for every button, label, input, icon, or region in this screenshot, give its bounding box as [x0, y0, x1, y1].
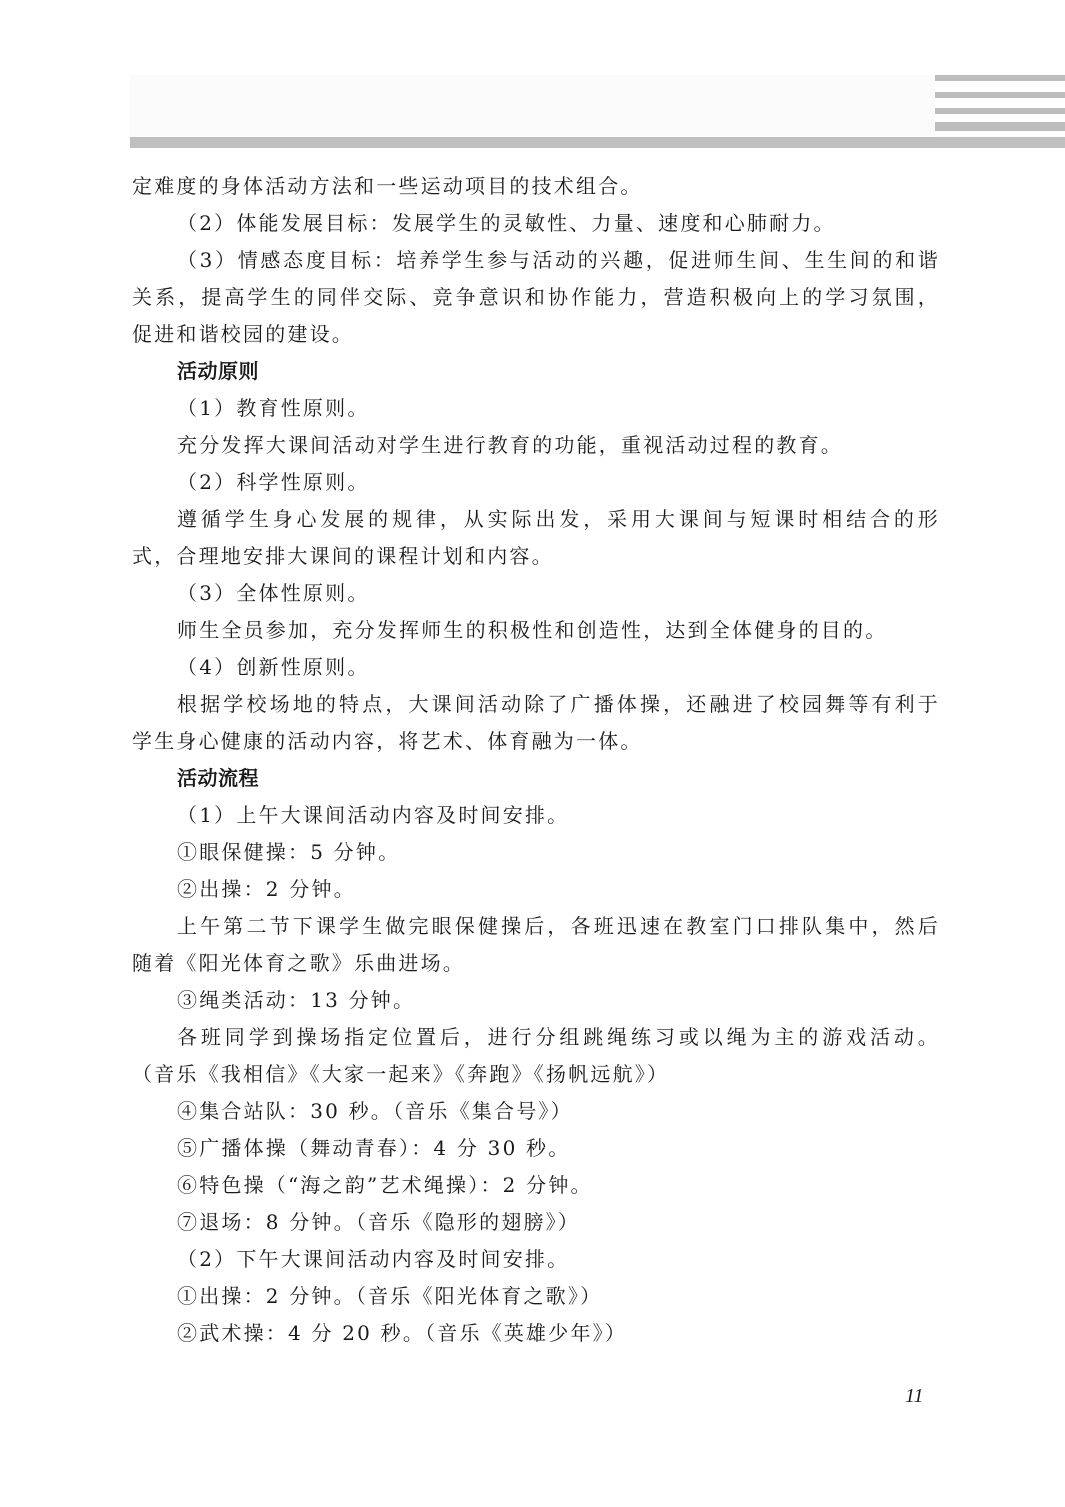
text-line: ④集合站队：30 秒。（音乐《集合号》）: [132, 1093, 940, 1130]
page-number: 11: [905, 1385, 924, 1408]
header-stripe: [935, 75, 1065, 81]
text-line: ⑤广播体操（舞动青春）：4 分 30 秒。: [132, 1130, 940, 1167]
text-line: ⑦退场：8 分钟。（音乐《隐形的翅膀》）: [132, 1204, 940, 1241]
text-line: （4）创新性原则。: [132, 649, 940, 686]
text-line: ⑥特色操（“海之韵”艺术绳操）：2 分钟。: [132, 1167, 940, 1204]
header-stripe: [935, 92, 1065, 98]
header-stripe: [935, 122, 1065, 131]
text-line: 遵循学生身心发展的规律，从实际出发，采用大课间与短课时相结合的形: [132, 501, 940, 538]
text-line: ③绳类活动：13 分钟。: [132, 982, 940, 1019]
text-line: 上午第二节下课学生做完眼保健操后，各班迅速在教室门口排队集中，然后: [132, 908, 940, 945]
text-line: ①出操：2 分钟。（音乐《阳光体育之歌》）: [132, 1278, 940, 1315]
text-line: 定难度的身体活动方法和一些运动项目的技术组合。: [132, 168, 940, 205]
text-line: （2）科学性原则。: [132, 464, 940, 501]
text-line: （1）教育性原则。: [132, 390, 940, 427]
header-bar: [130, 137, 1065, 148]
section-heading: 活动流程: [132, 760, 940, 797]
text-line: （3）情感态度目标：培养学生参与活动的兴趣，促进师生间、生生间的和谐: [132, 242, 940, 279]
text-line: （3）全体性原则。: [132, 575, 940, 612]
text-line: 根据学校场地的特点，大课间活动除了广播体操，还融进了校园舞等有利于: [132, 686, 940, 723]
text-line: （2）体能发展目标：发展学生的灵敏性、力量、速度和心肺耐力。: [132, 205, 940, 242]
text-line: 充分发挥大课间活动对学生进行教育的功能，重视活动过程的教育。: [132, 427, 940, 464]
text-line: （2）下午大课间活动内容及时间安排。: [132, 1241, 940, 1278]
text-line: 关系，提高学生的同伴交际、竞争意识和协作能力，营造积极向上的学习氛围，: [132, 279, 940, 316]
header-band: [130, 75, 935, 137]
text-line: 学生身心健康的活动内容，将艺术、体育融为一体。: [132, 723, 940, 760]
text-line: ②出操：2 分钟。: [132, 871, 940, 908]
section-heading: 活动原则: [132, 353, 940, 390]
text-line: （音乐《我相信》《大家一起来》《奔跑》《扬帆远航》）: [132, 1056, 940, 1093]
text-line: 式，合理地安排大课间的课程计划和内容。: [132, 538, 940, 575]
text-line: 随着《阳光体育之歌》乐曲进场。: [132, 945, 940, 982]
text-line: ②武术操：4 分 20 秒。（音乐《英雄少年》）: [132, 1315, 940, 1352]
text-line: （1）上午大课间活动内容及时间安排。: [132, 797, 940, 834]
text-line: 师生全员参加，充分发挥师生的积极性和创造性，达到全体健身的目的。: [132, 612, 940, 649]
text-line: 各班同学到操场指定位置后，进行分组跳绳练习或以绳为主的游戏活动。: [132, 1019, 940, 1056]
header-stripe: [935, 108, 1065, 114]
page-body: 定难度的身体活动方法和一些运动项目的技术组合。（2）体能发展目标：发展学生的灵敏…: [132, 168, 940, 1352]
text-line: ①眼保健操：5 分钟。: [132, 834, 940, 871]
text-line: 促进和谐校园的建设。: [132, 316, 940, 353]
